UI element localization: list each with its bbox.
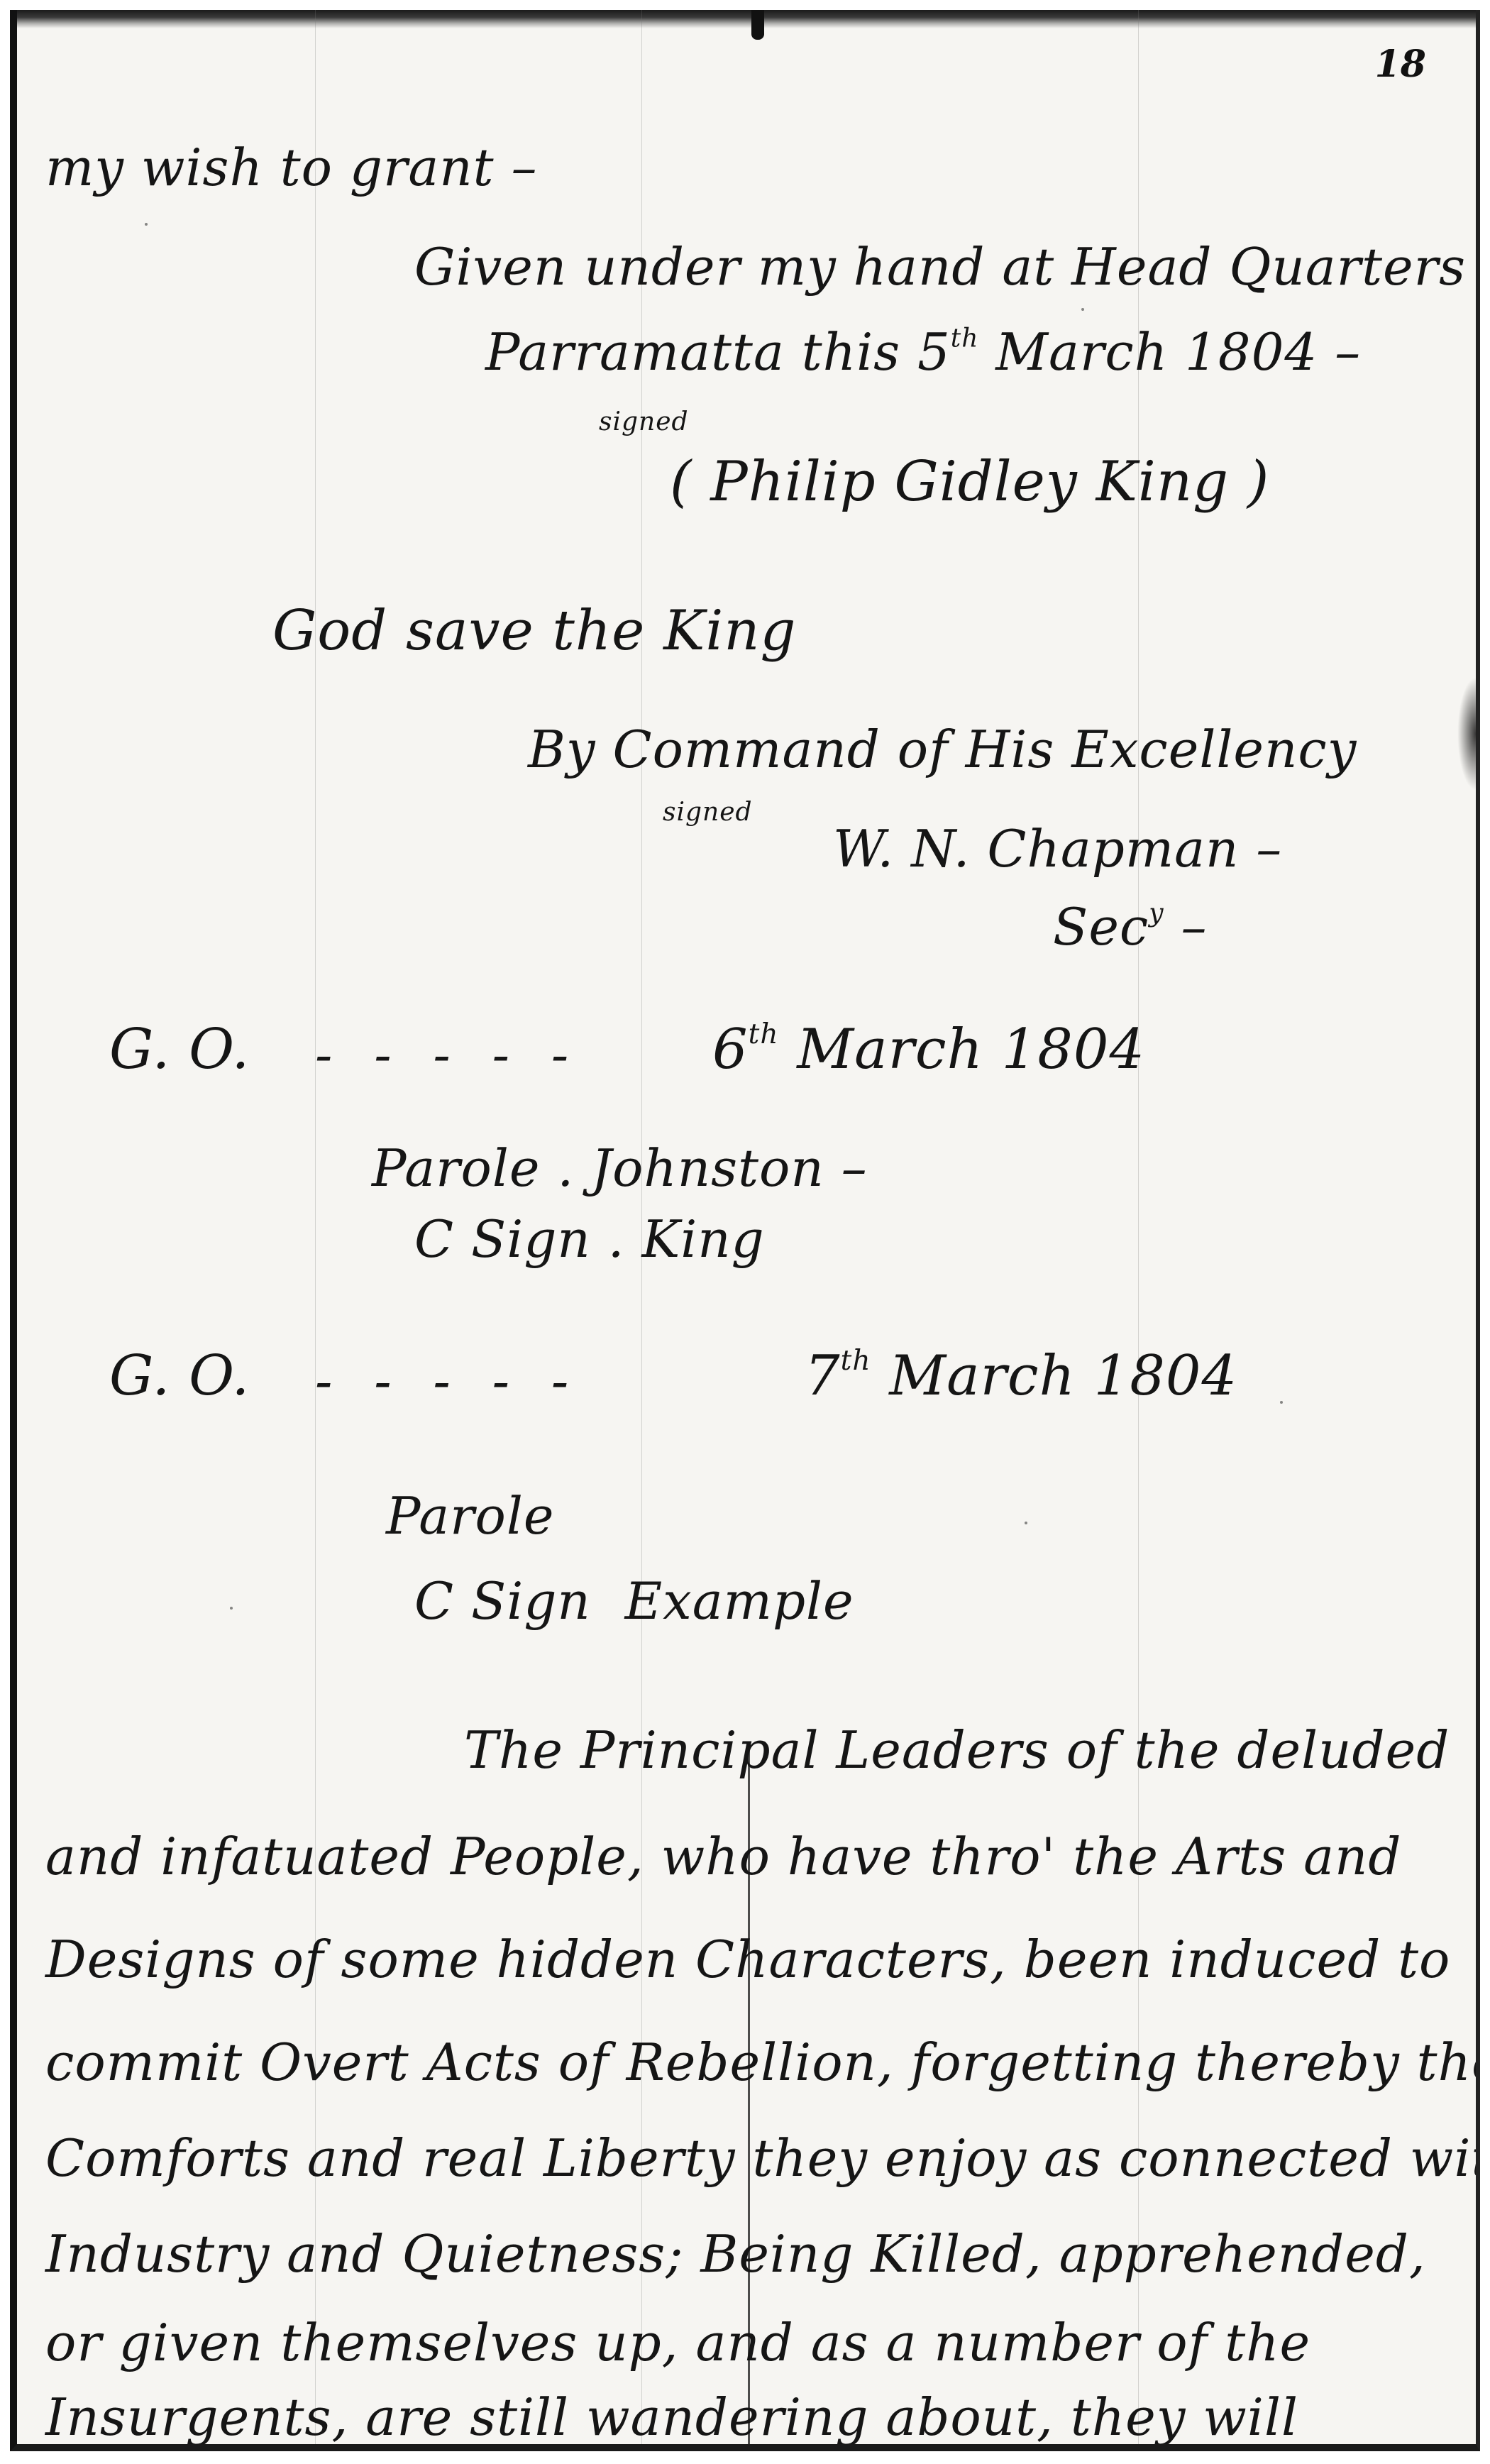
signature-philip-gidley-king: ( Philip Gidley King ): [670, 450, 1269, 514]
given-under-line-1: Given under my hand at Head Quarters: [414, 237, 1466, 297]
order-date: 7th March 1804: [805, 1344, 1237, 1408]
paragraph-line: Comforts and real Liberty they enjoy as …: [45, 2128, 1480, 2188]
signed-label-1: signed: [599, 407, 689, 436]
order-day: 6: [712, 1018, 749, 1082]
countersign-label: C Sign: [414, 1571, 591, 1631]
parole-value: Johnston –: [591, 1138, 867, 1198]
god-save-the-king: God save the King: [272, 599, 796, 663]
continuation-line: my wish to grant –: [45, 138, 538, 197]
order-day-ordinal: th: [749, 1018, 779, 1050]
signature-chapman: W. N. Chapman –: [833, 819, 1282, 879]
binding-notch: [751, 10, 764, 40]
secretary-title: Secy –: [1053, 897, 1208, 957]
paragraph-line: and infatuated People, who have thro' th…: [45, 1827, 1402, 1886]
general-order-label: G. O.: [109, 1344, 250, 1408]
order-month-year: March 1804: [778, 1018, 1145, 1082]
scan-top-edge: [17, 10, 1476, 28]
countersign-label: C Sign: [414, 1209, 591, 1269]
day-ordinal: th: [951, 324, 979, 353]
countersign-value: Example: [625, 1571, 854, 1631]
order-day: 7: [805, 1344, 841, 1408]
order-date: 6th March 1804: [712, 1018, 1145, 1082]
scan-stain: [1457, 677, 1476, 791]
paragraph-line: Insurgents, are still wandering about, t…: [45, 2387, 1298, 2447]
countersign-gap: [591, 1571, 625, 1631]
signed-label-2: signed: [663, 798, 753, 827]
secretary-abbrev: Sec: [1053, 897, 1149, 957]
countersign-line: C Sign Example: [414, 1571, 854, 1631]
scan-speck: [145, 223, 148, 226]
scan-speck: [1280, 1401, 1283, 1404]
countersign-line: C Sign . King: [414, 1209, 765, 1269]
paragraph-line: commit Overt Acts of Rebellion, forgetti…: [45, 2033, 1480, 2092]
parole-separator: .: [541, 1138, 592, 1198]
page-number: 18: [1375, 43, 1426, 86]
general-order-label: G. O.: [109, 1018, 250, 1082]
place-and-day: Parramatta this 5: [485, 322, 951, 382]
parole-label: Parole: [372, 1138, 541, 1198]
by-command-line: By Command of His Excellency: [528, 720, 1357, 779]
scan-speck: [1081, 308, 1084, 311]
parole-label: Parole: [386, 1486, 555, 1546]
countersign-value: King: [641, 1209, 764, 1269]
order-dashes: - - - - -: [315, 1351, 581, 1411]
parole-line: Parole: [386, 1486, 555, 1546]
countersign-separator: .: [591, 1209, 642, 1269]
paragraph-line: Designs of some hidden Characters, been …: [45, 1930, 1450, 1989]
order-month-year: March 1804: [871, 1344, 1237, 1408]
secretary-suffix: –: [1164, 897, 1208, 957]
paragraph-line: Industry and Quietness; Being Killed, ap…: [45, 2224, 1426, 2284]
month-year: March 1804 –: [978, 322, 1361, 382]
parole-line: Parole . Johnston –: [372, 1138, 868, 1198]
scan-speck: [1025, 1522, 1027, 1524]
secretary-sup: y: [1149, 899, 1164, 928]
order-day-ordinal: th: [841, 1345, 871, 1377]
paragraph-line: or given themselves up, and as a number …: [45, 2313, 1310, 2372]
order-dashes: - - - - -: [315, 1025, 581, 1084]
given-under-line-2: Parramatta this 5th March 1804 –: [485, 322, 1361, 382]
paragraph-line: The Principal Leaders of the deluded: [464, 1720, 1450, 1780]
scan-speck: [230, 1607, 233, 1610]
manuscript-page: 18 my wish to grant – Given under my han…: [10, 10, 1480, 2451]
